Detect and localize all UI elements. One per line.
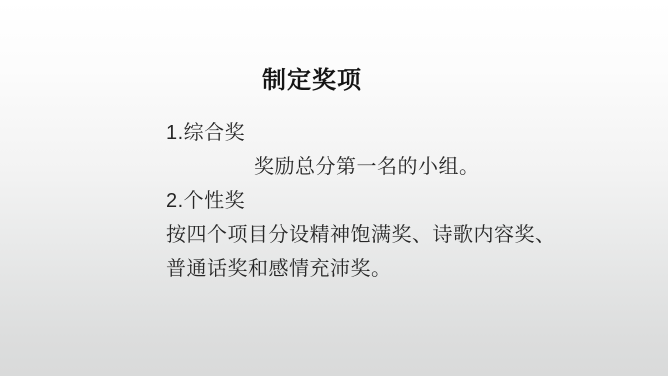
slide-body-text: 1.综合奖 奖励总分第一名的小组。 2.个性奖 按四个项目分设精神饱满奖、诗歌内… [166, 116, 646, 286]
body-line-award2-description-part2: 普通话奖和感情充沛奖。 [166, 252, 646, 286]
presentation-slide: 制定奖项 1.综合奖 奖励总分第一名的小组。 2.个性奖 按四个项目分设精神饱满… [0, 0, 668, 376]
body-line-award2-description-part1: 按四个项目分设精神饱满奖、诗歌内容奖、 [166, 218, 646, 252]
body-line-award2-heading: 2.个性奖 [166, 184, 646, 218]
body-line-award1-description: 奖励总分第一名的小组。 [166, 150, 646, 184]
body-line-award1-heading: 1.综合奖 [166, 116, 646, 150]
slide-title: 制定奖项 [262, 60, 362, 95]
